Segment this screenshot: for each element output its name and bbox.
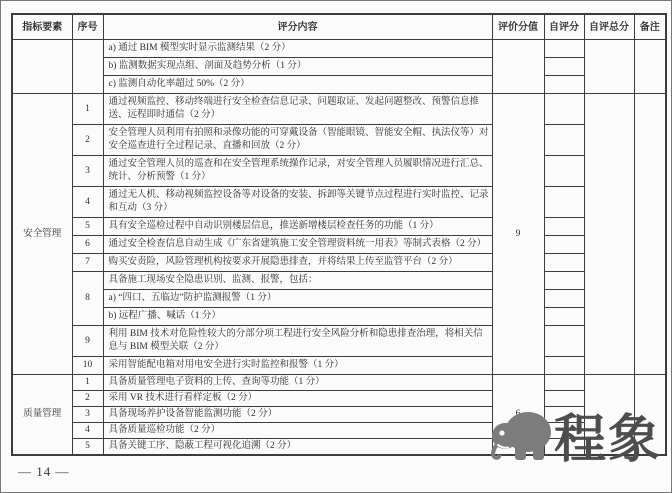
header-self-total: 自评总分 bbox=[584, 14, 634, 40]
row-content: 通过安全检查信息自动生成《广东省建筑施工安全管理资料统一用表》等制式表格（2 分… bbox=[103, 236, 492, 254]
table-row: 5 具有安全巡检过程中自动识别楼层信息，推送新增楼层检查任务的功能（1 分） bbox=[12, 218, 666, 236]
document-page: 指标要素 序号 评分内容 评价分值 自评分 自评总分 备注 a) 通过 BIM … bbox=[0, 0, 672, 493]
row-content: 具备施工现场安全隐患识别、监测、报警，包括： bbox=[103, 272, 492, 290]
header-row: 指标要素 序号 评分内容 评价分值 自评分 自评总分 备注 bbox=[12, 14, 666, 40]
table-row: a) “四口、五临边”防护监测报警（1 分） bbox=[12, 290, 666, 308]
table-row: c) 监测自动化率超过 50%（2 分） bbox=[12, 76, 666, 94]
header-serial: 序号 bbox=[72, 14, 103, 40]
table-row: 6 通过安全检查信息自动生成《广东省建筑施工安全管理资料统一用表》等制式表格（2… bbox=[12, 236, 666, 254]
row-number: 4 bbox=[72, 423, 103, 439]
section-score-value bbox=[492, 40, 544, 94]
row-number: 1 bbox=[72, 375, 103, 391]
header-remarks: 备注 bbox=[634, 14, 666, 40]
table-row: 2 安全管理人员利用有拍照和录像功能的可穿戴设备（智能眼镜、智能安全帽、执法仪等… bbox=[12, 125, 666, 156]
row-number: 8 bbox=[72, 272, 103, 326]
header-self-score: 自评分 bbox=[544, 14, 584, 40]
table-row: b) 远程广播、喊话（1 分） bbox=[12, 308, 666, 326]
self-score-cell bbox=[544, 290, 584, 308]
row-number: 2 bbox=[72, 391, 103, 407]
table-row: 10 采用智能配电箱对用电安全进行实时监控和报警（1 分） bbox=[12, 357, 666, 375]
table-row: 质量管理 1 具备质量管理电子资料的上传、查询等功能（1 分） 6 bbox=[12, 375, 666, 391]
section-label: 质量管理 bbox=[12, 375, 72, 456]
row-number: 2 bbox=[72, 125, 103, 156]
elephant-logo-icon bbox=[488, 404, 552, 468]
row-number bbox=[72, 40, 103, 94]
row-number: 1 bbox=[72, 94, 103, 125]
row-number: 3 bbox=[72, 156, 103, 187]
self-score-cell bbox=[544, 156, 584, 187]
self-score-cell bbox=[544, 58, 584, 76]
row-content: 具备质量巡检功能（2 分） bbox=[103, 423, 492, 439]
score-table: 指标要素 序号 评分内容 评价分值 自评分 自评总分 备注 a) 通过 BIM … bbox=[11, 13, 667, 456]
self-score-cell bbox=[544, 76, 584, 94]
table-row: 安全管理 1 通过视频监控、移动终端进行安全检查信息记录、问题取证、发起问题整改… bbox=[12, 94, 666, 125]
row-content: 具备现场养护设备智能监测功能（2 分） bbox=[103, 407, 492, 423]
brand-watermark: 程象 bbox=[488, 404, 662, 468]
self-score-cell bbox=[544, 272, 584, 290]
row-content: 安全管理人员利用有拍照和录像功能的可穿戴设备（智能眼镜、智能安全帽、执法仪等）对… bbox=[103, 125, 492, 156]
table-row: 9 利用 BIM 技术对危险性较大的分部分项工程进行安全风险分析和隐患排查治理，… bbox=[12, 326, 666, 357]
row-number: 3 bbox=[72, 407, 103, 423]
row-content: 具备关键工序、隐蔽工程可视化追溯（2 分） bbox=[103, 439, 492, 456]
row-content: 购买安责险，风险管理机构按要求开展隐患排查，并将结果上传至监管平台（2 分） bbox=[103, 254, 492, 272]
header-indicator: 指标要素 bbox=[12, 14, 72, 40]
row-content: 通过无人机、移动视频监控设备等对设备的安装、拆卸等关键节点过程进行实时监控、记录… bbox=[103, 187, 492, 218]
row-content: 采用 VR 技术进行看样定板（2 分） bbox=[103, 391, 492, 407]
row-content: b) 监测数据实现点组、剖面及趋势分析（1 分） bbox=[103, 58, 492, 76]
table-row: 8 具备施工现场安全隐患识别、监测、报警，包括： bbox=[12, 272, 666, 290]
self-score-cell bbox=[544, 326, 584, 357]
row-number: 10 bbox=[72, 357, 103, 375]
row-content: 通过视频监控、移动终端进行安全检查信息记录、问题取证、发起问题整改、预警信息推送… bbox=[103, 94, 492, 125]
row-number: 7 bbox=[72, 254, 103, 272]
self-score-cell bbox=[544, 375, 584, 391]
table-row: a) 通过 BIM 模型实时显示监测结果（2 分） bbox=[12, 40, 666, 58]
table-row: 7 购买安责险，风险管理机构按要求开展隐患排查，并将结果上传至监管平台（2 分） bbox=[12, 254, 666, 272]
row-content: b) 远程广播、喊话（1 分） bbox=[103, 308, 492, 326]
row-number: 5 bbox=[72, 218, 103, 236]
self-score-cell bbox=[544, 187, 584, 218]
row-content: 具有安全巡检过程中自动识别楼层信息，推送新增楼层检查任务的功能（1 分） bbox=[103, 218, 492, 236]
self-score-cell bbox=[544, 236, 584, 254]
row-content: 利用 BIM 技术对危险性较大的分部分项工程进行安全风险分析和隐患排查治理，将相… bbox=[103, 326, 492, 357]
row-number: 4 bbox=[72, 187, 103, 218]
self-score-cell bbox=[544, 94, 584, 125]
brand-text: 程象 bbox=[554, 412, 662, 468]
row-number: 9 bbox=[72, 326, 103, 357]
row-number: 6 bbox=[72, 236, 103, 254]
remarks-cell bbox=[634, 40, 666, 94]
remarks-cell bbox=[634, 94, 666, 375]
table-row: 3 通过安全管理人员的巡查和在安全管理系统操作记录，对安全管理人员履职情况进行汇… bbox=[12, 156, 666, 187]
self-score-cell bbox=[544, 254, 584, 272]
section-score-value: 9 bbox=[492, 94, 544, 375]
self-score-cell bbox=[544, 218, 584, 236]
table-row: b) 监测数据实现点组、剖面及趋势分析（1 分） bbox=[12, 58, 666, 76]
row-content: a) “四口、五临边”防护监测报警（1 分） bbox=[103, 290, 492, 308]
table-row: 4 通过无人机、移动视频监控设备等对设备的安装、拆卸等关键节点过程进行实时监控、… bbox=[12, 187, 666, 218]
row-content: 通过安全管理人员的巡查和在安全管理系统操作记录，对安全管理人员履职情况进行汇总、… bbox=[103, 156, 492, 187]
row-content: a) 通过 BIM 模型实时显示监测结果（2 分） bbox=[103, 40, 492, 58]
row-content: 具备质量管理电子资料的上传、查询等功能（1 分） bbox=[103, 375, 492, 391]
self-score-cell bbox=[544, 308, 584, 326]
row-content: 采用智能配电箱对用电安全进行实时监控和报警（1 分） bbox=[103, 357, 492, 375]
row-content: c) 监测自动化率超过 50%（2 分） bbox=[103, 76, 492, 94]
header-content: 评分内容 bbox=[103, 14, 492, 40]
header-score-value: 评价分值 bbox=[492, 14, 544, 40]
row-number: 5 bbox=[72, 439, 103, 456]
self-score-cell bbox=[544, 40, 584, 58]
self-total-cell bbox=[584, 94, 634, 375]
section-label bbox=[12, 40, 72, 94]
page-number: — 14 — bbox=[18, 464, 70, 480]
self-score-cell bbox=[544, 357, 584, 375]
self-total-cell bbox=[584, 40, 634, 94]
self-score-cell bbox=[544, 125, 584, 156]
section-label: 安全管理 bbox=[12, 94, 72, 375]
